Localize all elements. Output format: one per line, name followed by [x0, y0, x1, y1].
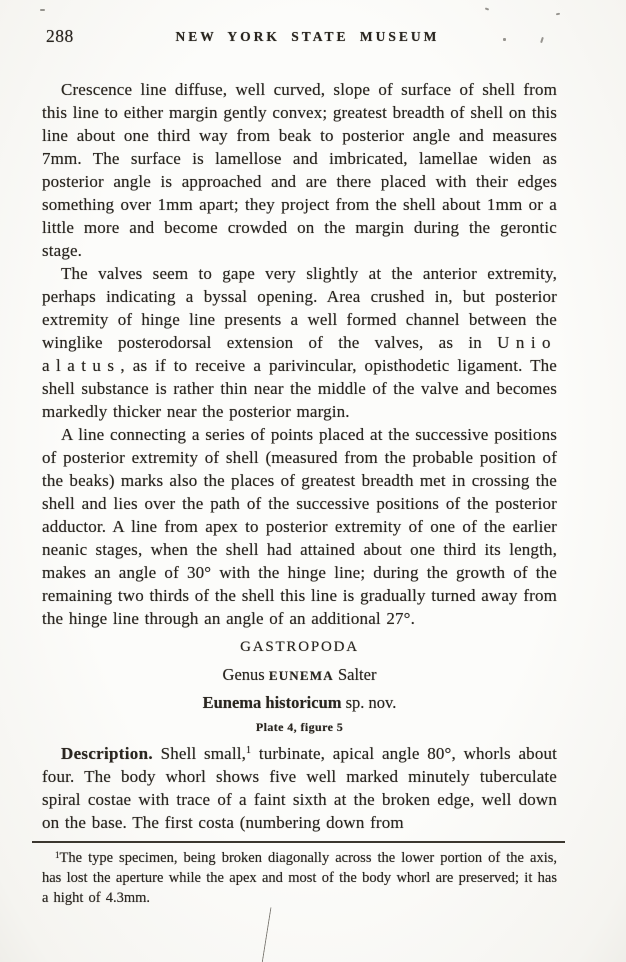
paragraph-description: Description. Shell small,1 turbinate, ap…: [42, 742, 557, 834]
species-name-eunema-historicum: Eunema historicum: [203, 693, 342, 712]
footnote-text: The type specimen, being broken diagonal…: [42, 850, 557, 906]
page-header: 288 NEW YORK STATE MUSEUM: [42, 26, 557, 48]
genus-name-eunema: EUNEMA: [269, 668, 334, 683]
paragraph-valves-gape: The valves seem to gape very slightly at…: [42, 262, 557, 423]
heading-species: Eunema historicum sp. nov.: [42, 693, 557, 713]
heading-gastropoda: GASTROPODA: [42, 639, 557, 656]
scan-speck: [503, 38, 506, 41]
genus-author: Salter: [334, 665, 377, 684]
scan-speck: [485, 7, 489, 10]
scan-speck: [556, 13, 560, 16]
footnote-separator-rule: [32, 841, 565, 843]
scan-speck: [40, 9, 45, 11]
plate-figure-reference: Plate 4, figure 5: [42, 720, 557, 735]
description-text-a: Shell small,: [153, 744, 246, 763]
species-suffix: sp. nov.: [342, 693, 397, 712]
book-page: 288 NEW YORK STATE MUSEUM Crescence line…: [0, 0, 626, 962]
running-head: NEW YORK STATE MUSEUM: [175, 29, 439, 45]
paragraph-valves-text-b: , as if to receive a parivincular, opist…: [42, 356, 557, 421]
page-number: 288: [46, 26, 74, 47]
paragraph-crescence-line: Crescence line diffuse, well curved, slo…: [42, 78, 557, 262]
description-label: Description.: [61, 744, 153, 763]
footnote: 1The type specimen, being broken diagona…: [42, 848, 557, 908]
heading-genus: Genus EUNEMA Salter: [42, 665, 557, 685]
genus-prefix: Genus: [223, 665, 269, 684]
paragraph-growth-line-angles: A line connecting a series of points pla…: [42, 423, 557, 630]
paragraph-valves-text-a: The valves seem to gape very slightly at…: [42, 264, 557, 352]
stray-pen-mark: [248, 905, 272, 962]
